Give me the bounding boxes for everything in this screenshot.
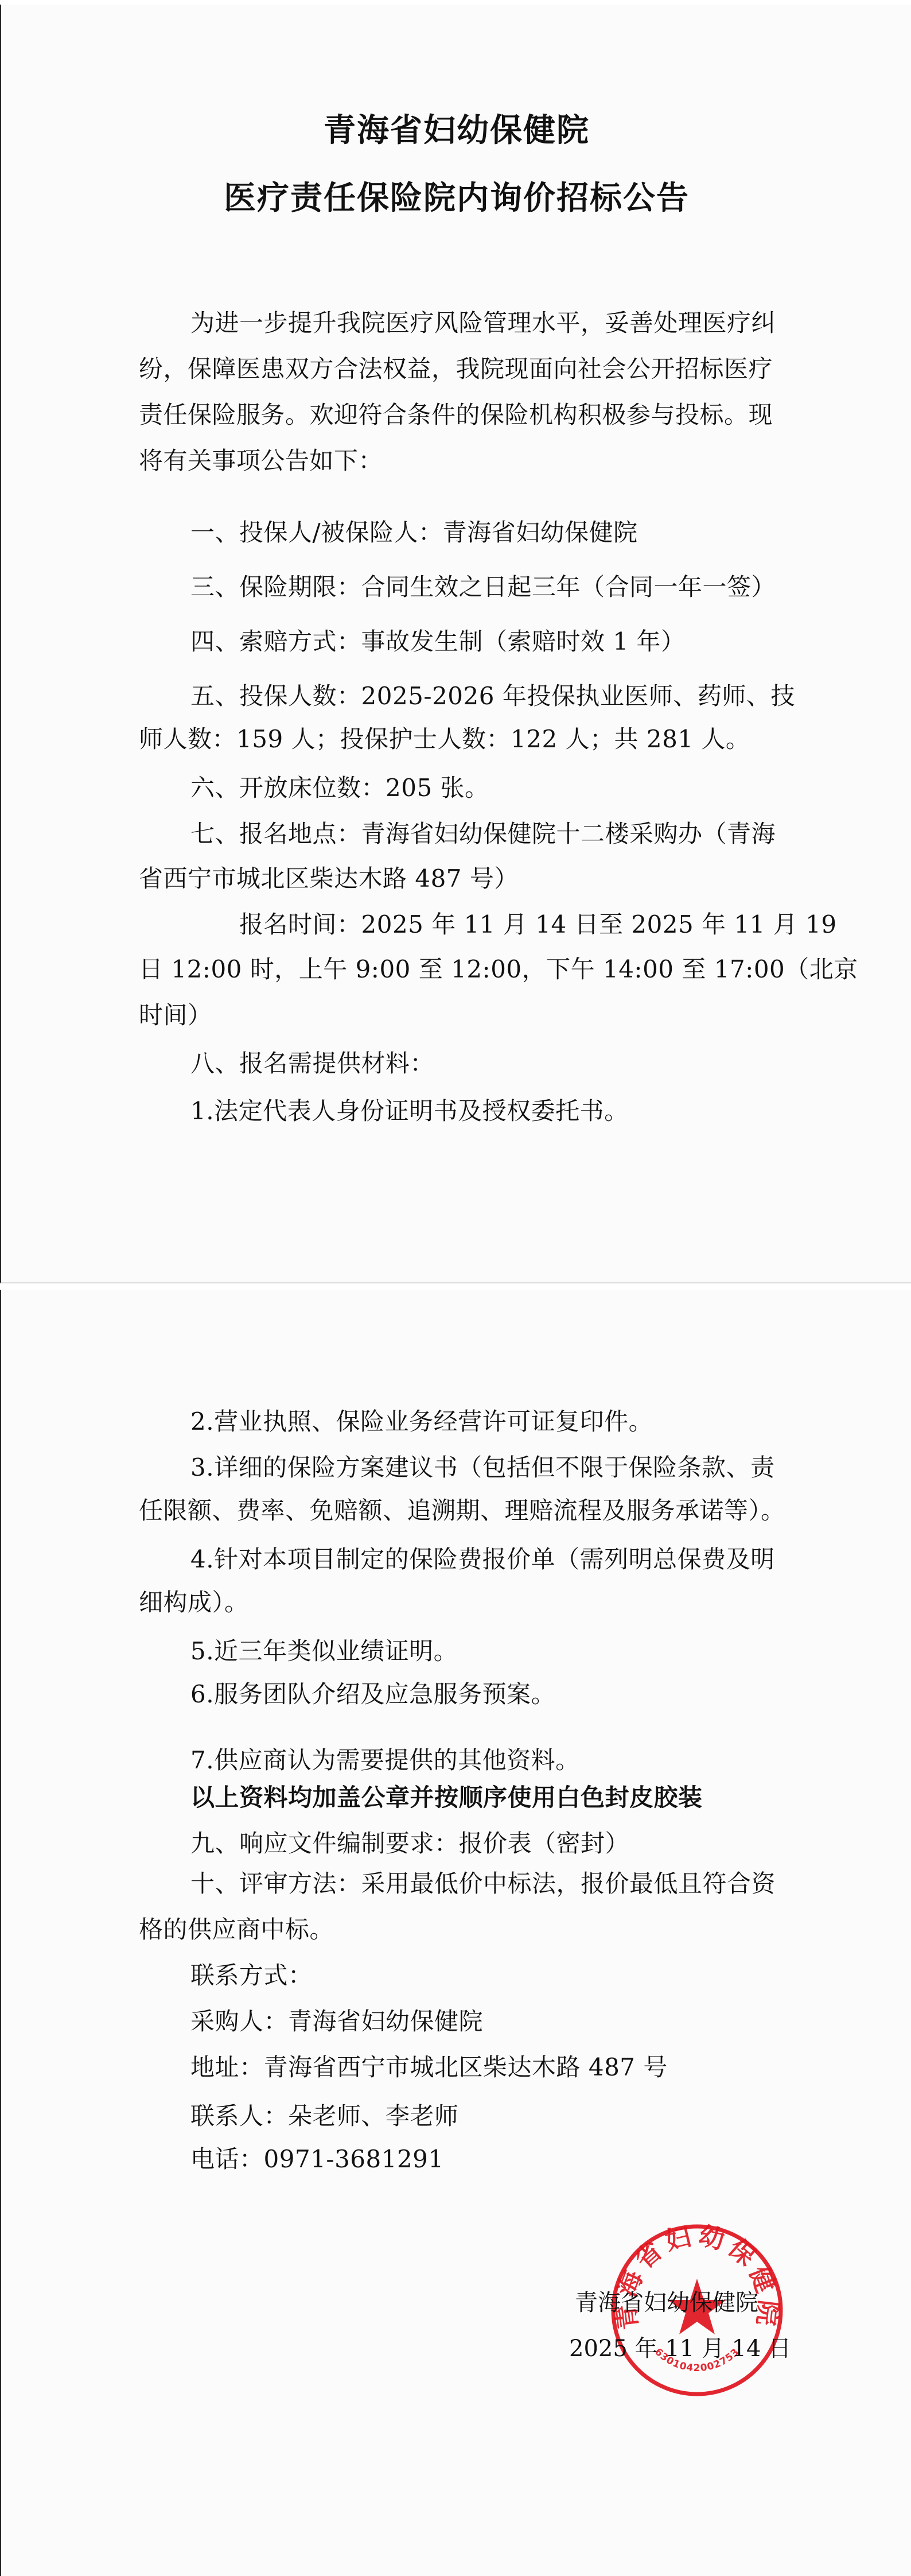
- intro-line: 将有关事项公告如下：: [139, 447, 383, 475]
- contact-heading: 联系方式：: [190, 1961, 313, 1990]
- contact-person: 联系人：朵老师、李老师: [190, 2102, 459, 2131]
- item-reg-location-cont: 省西宁市城北区柴达木路 487 号）: [139, 864, 519, 893]
- material-item-cont: 任限额、费率、免赔额、追溯期、理赔流程及服务承诺等）。: [139, 1496, 785, 1525]
- signature-date: 2025 年 11 月 14 日: [569, 2334, 791, 2363]
- contact-purchaser: 采购人：青海省妇幼保健院: [190, 2007, 483, 2036]
- material-item: 4.针对本项目制定的保险费报价单（需列明总保费及明: [190, 1545, 775, 1574]
- material-item: 7.供应商认为需要提供的其他资料。: [190, 1746, 580, 1775]
- material-item: 5.近三年类似业绩证明。: [190, 1637, 458, 1666]
- binding-note: 以上资料均加盖公章并按顺序使用白色封皮胶装: [190, 1783, 703, 1812]
- document-title-org: 青海省妇幼保健院: [1, 114, 911, 148]
- intro-line: 为进一步提升我院医疗风险管理水平，妥善处理医疗纠: [190, 309, 776, 337]
- item-beds: 六、开放床位数：205 张。: [190, 774, 489, 802]
- signature-org: 青海省妇幼保健院: [575, 2288, 758, 2317]
- item-policyholder: 一、投保人/被保险人：青海省妇幼保健院: [190, 518, 638, 547]
- material-item: 2.营业执照、保险业务经营许可证复印件。: [190, 1407, 653, 1436]
- page-1: 青海省妇幼保健院 医疗责任保险院内询价招标公告 为进一步提升我院医疗风险管理水平…: [0, 5, 911, 1283]
- document-title-main: 医疗责任保险院内询价招标公告: [1, 181, 911, 216]
- item-reg-location: 七、报名地点：青海省妇幼保健院十二楼采购办（青海: [190, 820, 776, 848]
- item-insurance-period: 三、保险期限：合同生效之日起三年（合同一年一签）: [190, 573, 776, 602]
- item-insured-count-cont: 师人数：159 人；投保护士人数：122 人；共 281 人。: [139, 725, 750, 754]
- item-reg-time-cont: 日 12:00 时，上午 9:00 至 12:00，下午 14:00 至 17:…: [139, 955, 858, 984]
- intro-line: 责任保险服务。欢迎符合条件的保险机构积极参与投标。现: [139, 401, 773, 429]
- material-item: 3.详细的保险方案建议书（包括但不限于保险条款、责: [190, 1453, 775, 1482]
- item-insured-count: 五、投保人数：2025-2026 年投保执业医师、药师、技: [190, 682, 795, 711]
- item-evaluation-method-cont: 格的供应商中标。: [139, 1915, 334, 1944]
- material-item: 1.法定代表人身份证明书及授权委托书。: [190, 1097, 629, 1126]
- item-response-requirements: 九、响应文件编制要求：报价表（密封）: [190, 1829, 629, 1858]
- material-item: 6.服务团队介绍及应急服务预案。: [190, 1680, 555, 1709]
- material-item-cont: 细构成）。: [139, 1588, 249, 1617]
- item-materials-heading: 八、报名需提供材料：: [190, 1049, 434, 1078]
- item-evaluation-method: 十、评审方法：采用最低价中标法，报价最低且符合资: [190, 1869, 776, 1898]
- contact-address: 地址：青海省西宁市城北区柴达木路 487 号: [190, 2053, 668, 2082]
- item-reg-time: 报名时间：2025 年 11 月 14 日至 2025 年 11 月 19: [239, 910, 837, 939]
- intro-line: 纷，保障医患双方合法权益，我院现面向社会公开招标医疗: [139, 355, 773, 383]
- item-claim-method: 四、索赔方式：事故发生制（索赔时效 1 年）: [190, 627, 685, 656]
- contact-phone: 电话：0971-3681291: [190, 2145, 444, 2174]
- item-reg-time-cont: 时间）: [139, 1001, 212, 1030]
